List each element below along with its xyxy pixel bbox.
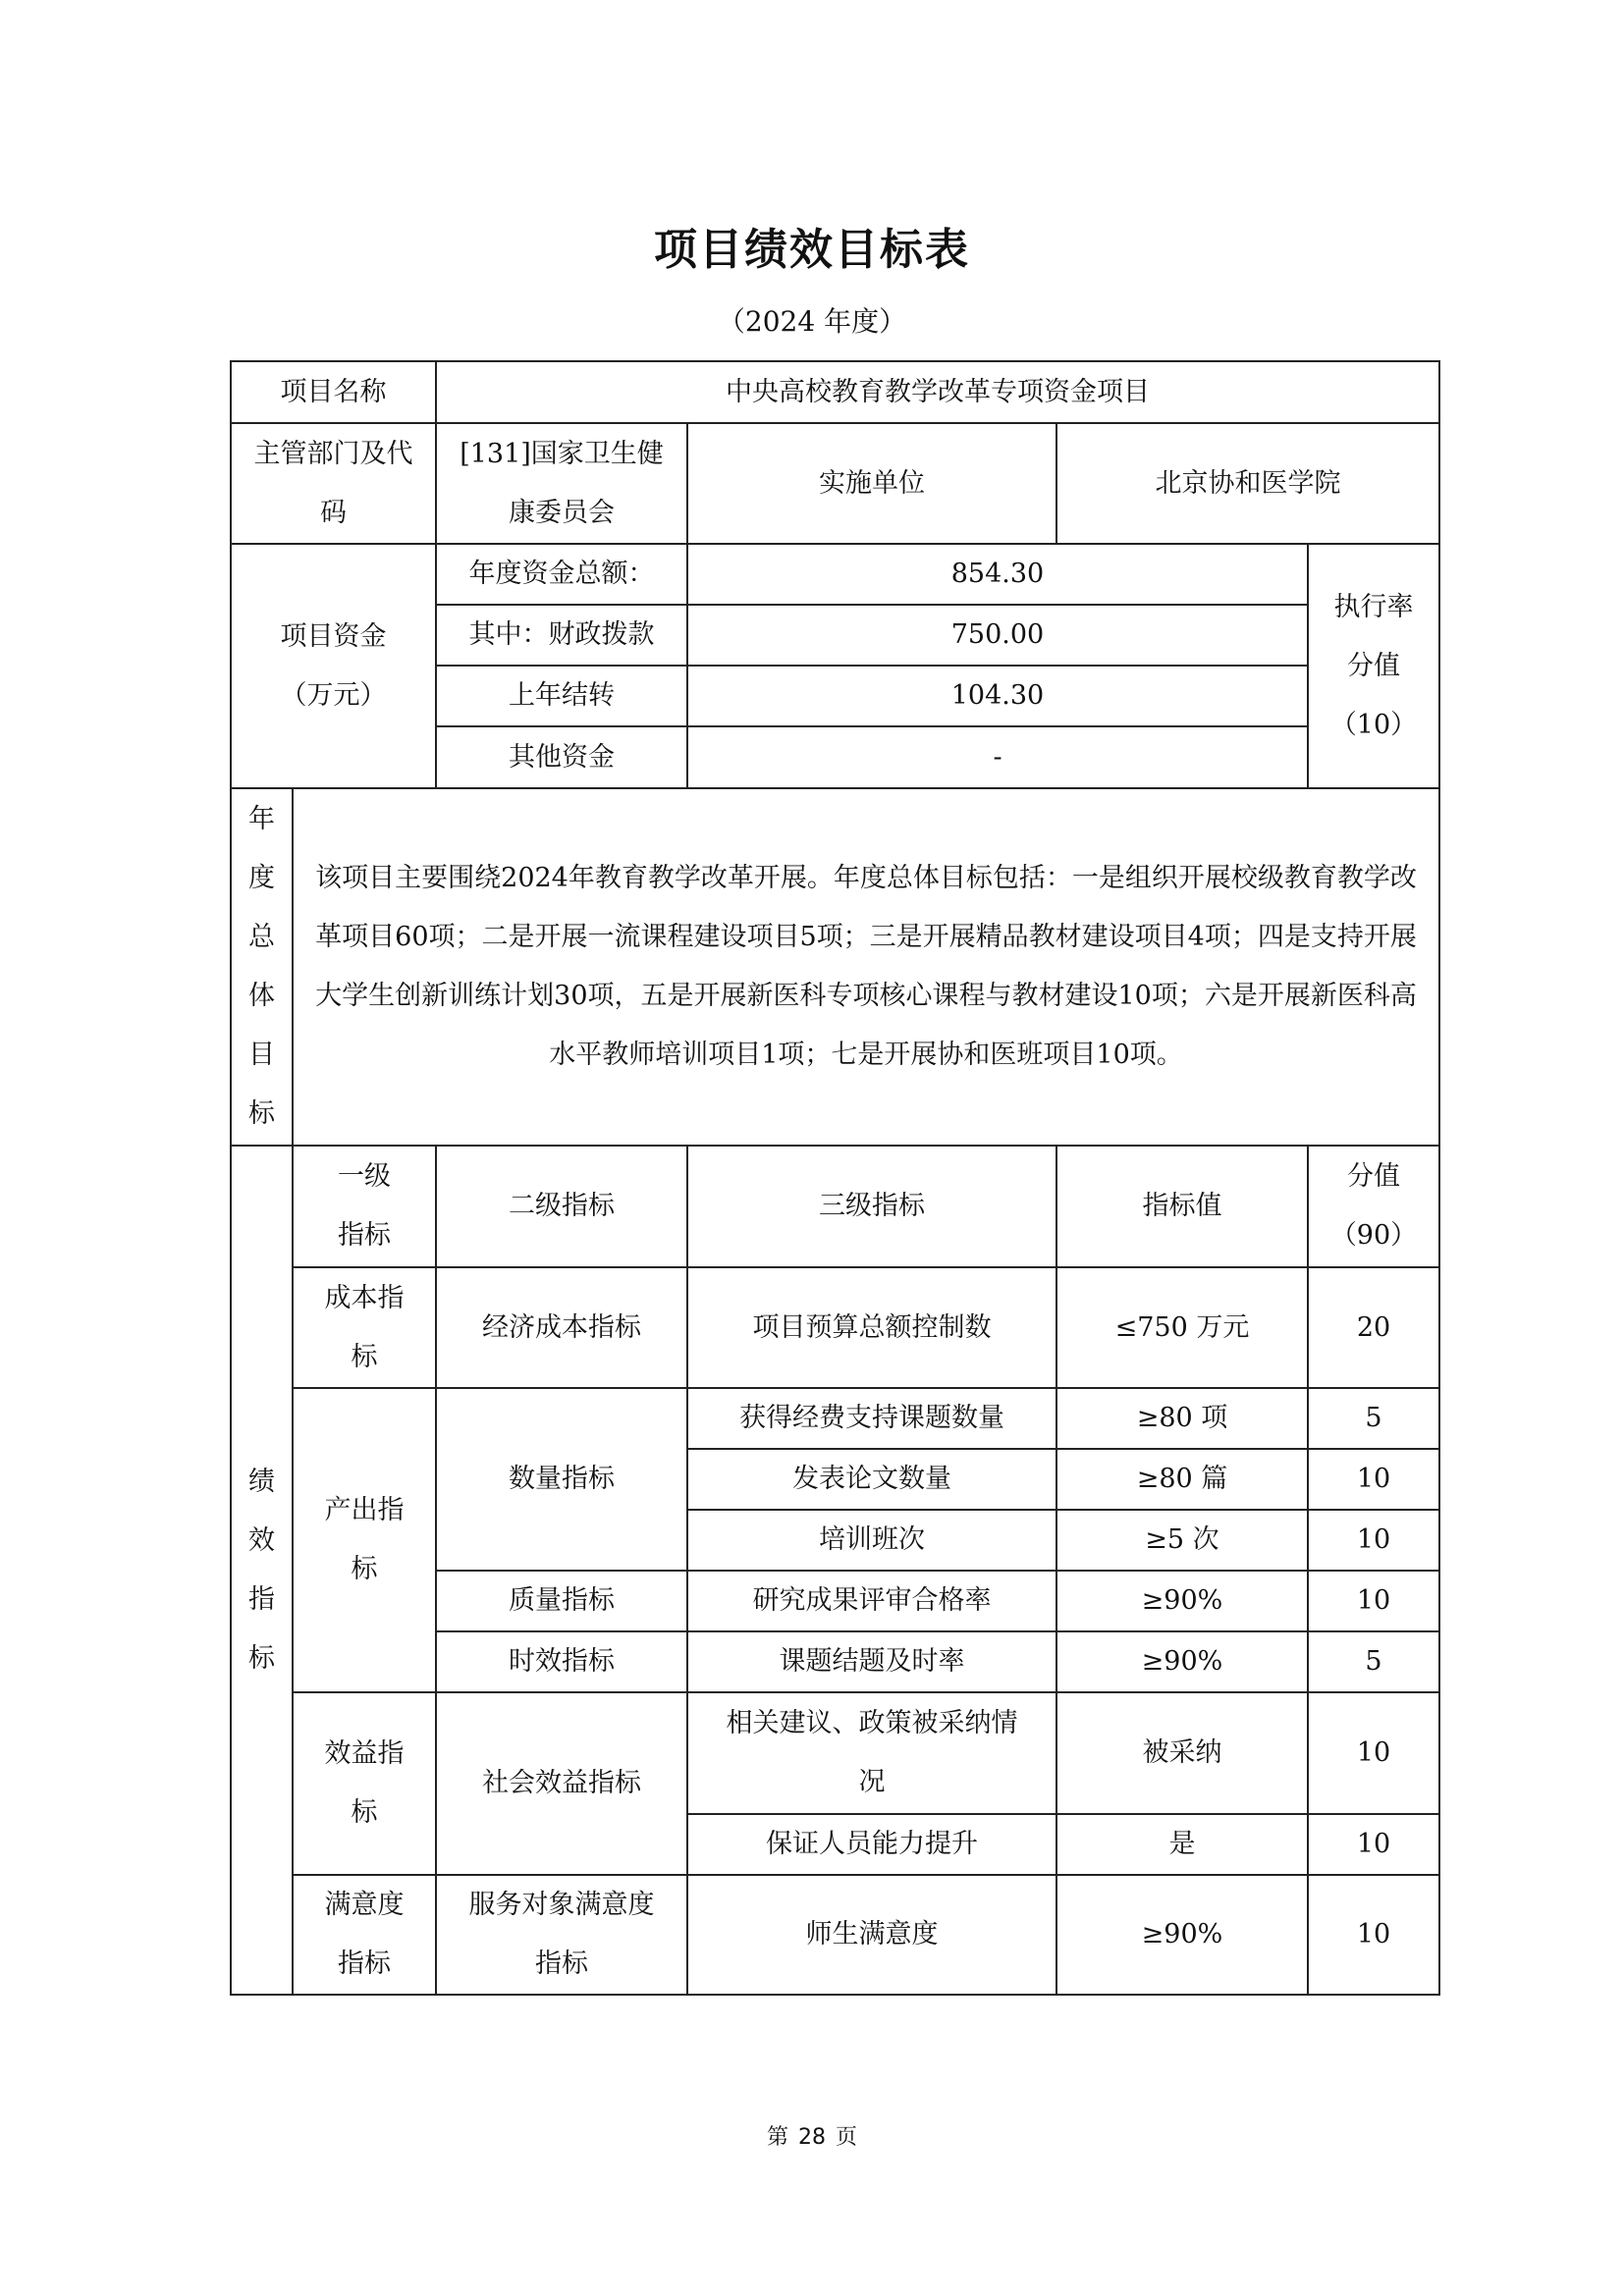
level2: 数量指标 bbox=[436, 1388, 687, 1571]
label-char: 效 bbox=[242, 1512, 282, 1571]
label-char: 总 bbox=[242, 908, 282, 967]
level1-line: 标 bbox=[303, 1540, 425, 1599]
level2: 质量指标 bbox=[436, 1571, 687, 1631]
level3: 师生满意度 bbox=[687, 1875, 1056, 1995]
level3-line: 相关建议、政策被采纳情 bbox=[698, 1694, 1046, 1753]
indicator-score: 10 bbox=[1308, 1510, 1439, 1571]
level1-output: 产出指 标 bbox=[293, 1388, 436, 1692]
level3: 相关建议、政策被采纳情 况 bbox=[687, 1692, 1056, 1814]
indicator-value: ≥80 篇 bbox=[1056, 1449, 1308, 1510]
level1-cost: 成本指 标 bbox=[293, 1267, 436, 1388]
performance-goal-table: 项目名称 中央高校教育教学改革专项资金项目 主管部门及代码 [131]国家卫生健… bbox=[230, 360, 1440, 1996]
dept-value: [131]国家卫生健康委员会 bbox=[436, 423, 687, 544]
header-value: 指标值 bbox=[1056, 1146, 1308, 1267]
indicator-value: ≥90% bbox=[1056, 1571, 1308, 1631]
level3-line: 况 bbox=[698, 1753, 1046, 1812]
indicator-value: ≥90% bbox=[1056, 1631, 1308, 1692]
indicator-value: ≥90% bbox=[1056, 1875, 1308, 1995]
dept-label: 主管部门及代码 bbox=[231, 423, 436, 544]
document-subtitle: （2024 年度） bbox=[0, 300, 1624, 340]
funds-row-value: 750.00 bbox=[687, 605, 1308, 666]
label-char: 绩 bbox=[242, 1453, 282, 1512]
level3: 获得经费支持课题数量 bbox=[687, 1388, 1056, 1449]
level1-line: 指标 bbox=[303, 1935, 425, 1994]
level2: 社会效益指标 bbox=[436, 1692, 687, 1875]
level1-line: 产出指 bbox=[303, 1481, 425, 1540]
indicators-section-label: 绩 效 指 标 bbox=[231, 1146, 293, 1995]
header-line: 一级 bbox=[303, 1148, 425, 1206]
table-row: 项目名称 中央高校教育教学改革专项资金项目 bbox=[231, 361, 1439, 423]
level3: 项目预算总额控制数 bbox=[687, 1267, 1056, 1388]
project-name-label: 项目名称 bbox=[231, 361, 436, 423]
table-row: 年 度 总 体 目 标 该项目主要围绕2024年教育教学改革开展。年度总体目标包… bbox=[231, 788, 1439, 1146]
level1-line: 成本指 bbox=[303, 1269, 425, 1328]
impl-label: 实施单位 bbox=[687, 423, 1056, 544]
table-row: 产出指 标 数量指标 获得经费支持课题数量 ≥80 项 5 bbox=[231, 1388, 1439, 1449]
score-line1: 执行率 bbox=[1319, 578, 1429, 637]
header-line: 分值 bbox=[1319, 1148, 1429, 1206]
page-prefix: 第 bbox=[767, 2125, 788, 2150]
header-score: 分值 （90） bbox=[1308, 1146, 1439, 1267]
label-char: 目 bbox=[242, 1026, 282, 1085]
funds-row-value: 104.30 bbox=[687, 666, 1308, 726]
funds-row-label: 年度资金总额： bbox=[436, 544, 687, 605]
table-row: 满意度 指标 服务对象满意度 指标 师生满意度 ≥90% 10 bbox=[231, 1875, 1439, 1995]
funds-row-label: 其他资金 bbox=[436, 726, 687, 788]
label-char: 标 bbox=[242, 1629, 282, 1688]
level3: 研究成果评审合格率 bbox=[687, 1571, 1056, 1631]
annual-goal-label: 年 度 总 体 目 标 bbox=[231, 788, 293, 1146]
level2-line: 服务对象满意度 bbox=[447, 1876, 677, 1935]
header-line: （90） bbox=[1319, 1206, 1429, 1265]
indicator-score: 10 bbox=[1308, 1692, 1439, 1814]
funds-row-value: - bbox=[687, 726, 1308, 788]
label-char: 度 bbox=[242, 849, 282, 908]
annual-goal-text: 该项目主要围绕2024年教育教学改革开展。年度总体目标包括：一是组织开展校级教育… bbox=[293, 788, 1439, 1146]
header-level2: 二级指标 bbox=[436, 1146, 687, 1267]
level3: 培训班次 bbox=[687, 1510, 1056, 1571]
level3: 发表论文数量 bbox=[687, 1449, 1056, 1510]
level2-line: 指标 bbox=[447, 1935, 677, 1994]
indicator-score: 10 bbox=[1308, 1571, 1439, 1631]
execution-rate-score: 执行率 分值 （10） bbox=[1308, 544, 1439, 788]
level1-line: 标 bbox=[303, 1328, 425, 1387]
page-suffix: 页 bbox=[836, 2125, 857, 2150]
label-char: 年 bbox=[242, 790, 282, 849]
level1-benefit: 效益指 标 bbox=[293, 1692, 436, 1875]
label-char: 指 bbox=[242, 1571, 282, 1629]
funds-label: 项目资金 （万元） bbox=[231, 544, 436, 788]
funds-row-value: 854.30 bbox=[687, 544, 1308, 605]
level1-satisfaction: 满意度 指标 bbox=[293, 1875, 436, 1995]
funds-label-line1: 项目资金 bbox=[242, 608, 425, 667]
indicator-value: ≥80 项 bbox=[1056, 1388, 1308, 1449]
level3: 课题结题及时率 bbox=[687, 1631, 1056, 1692]
table-row: 项目资金 （万元） 年度资金总额： 854.30 执行率 分值 （10） bbox=[231, 544, 1439, 605]
level2: 时效指标 bbox=[436, 1631, 687, 1692]
table-row: 绩 效 指 标 一级 指标 二级指标 三级指标 指标值 分值 （90） bbox=[231, 1146, 1439, 1267]
indicator-score: 10 bbox=[1308, 1814, 1439, 1875]
table-row: 主管部门及代码 [131]国家卫生健康委员会 实施单位 北京协和医学院 bbox=[231, 423, 1439, 544]
funds-row-label: 其中：财政拨款 bbox=[436, 605, 687, 666]
indicator-score: 10 bbox=[1308, 1449, 1439, 1510]
indicator-score: 5 bbox=[1308, 1631, 1439, 1692]
indicator-value: 被采纳 bbox=[1056, 1692, 1308, 1814]
score-line3: （10） bbox=[1319, 696, 1429, 755]
project-name-value: 中央高校教育教学改革专项资金项目 bbox=[436, 361, 1439, 423]
label-char: 体 bbox=[242, 967, 282, 1026]
indicator-value: ≤750 万元 bbox=[1056, 1267, 1308, 1388]
level3: 保证人员能力提升 bbox=[687, 1814, 1056, 1875]
indicator-value: 是 bbox=[1056, 1814, 1308, 1875]
page-number-value: 28 bbox=[798, 2125, 826, 2150]
header-level3: 三级指标 bbox=[687, 1146, 1056, 1267]
table-row: 成本指 标 经济成本指标 项目预算总额控制数 ≤750 万元 20 bbox=[231, 1267, 1439, 1388]
level1-line: 满意度 bbox=[303, 1876, 425, 1935]
indicator-score: 20 bbox=[1308, 1267, 1439, 1388]
indicator-value: ≥5 次 bbox=[1056, 1510, 1308, 1571]
level2: 服务对象满意度 指标 bbox=[436, 1875, 687, 1995]
table-row: 效益指 标 社会效益指标 相关建议、政策被采纳情 况 被采纳 10 bbox=[231, 1692, 1439, 1814]
score-line2: 分值 bbox=[1319, 637, 1429, 696]
page-number: 第28页 bbox=[0, 2120, 1624, 2151]
level1-line: 效益指 bbox=[303, 1725, 425, 1784]
header-line: 指标 bbox=[303, 1206, 425, 1265]
funds-label-line2: （万元） bbox=[242, 667, 425, 725]
impl-value: 北京协和医学院 bbox=[1056, 423, 1439, 544]
level1-line: 标 bbox=[303, 1784, 425, 1842]
indicator-score: 5 bbox=[1308, 1388, 1439, 1449]
indicator-score: 10 bbox=[1308, 1875, 1439, 1995]
level2: 经济成本指标 bbox=[436, 1267, 687, 1388]
header-level1: 一级 指标 bbox=[293, 1146, 436, 1267]
document-title: 项目绩效目标表 bbox=[0, 214, 1624, 277]
funds-row-label: 上年结转 bbox=[436, 666, 687, 726]
label-char: 标 bbox=[242, 1085, 282, 1144]
